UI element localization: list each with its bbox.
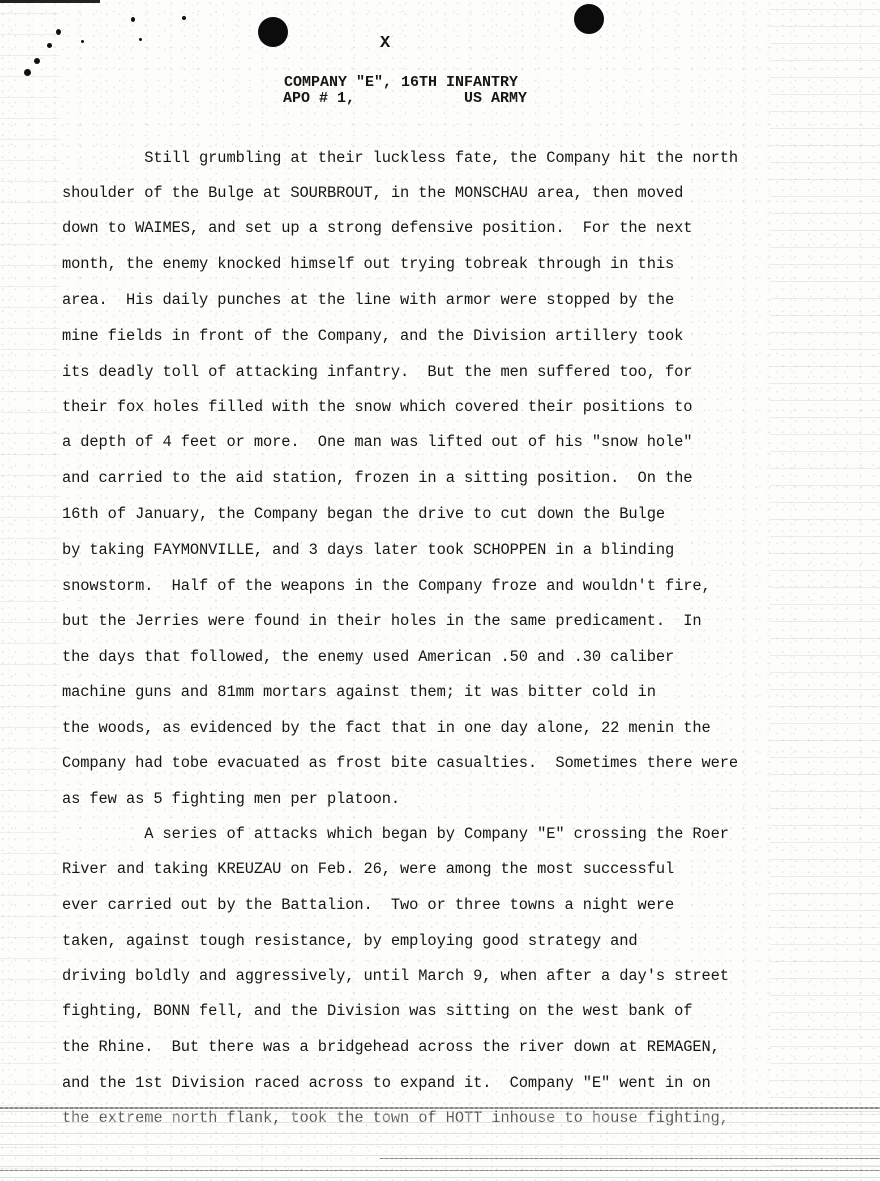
text-line: down to WAIMES, and set up a strong defe… bbox=[62, 218, 692, 238]
text-line: snowstorm. Half of the weapons in the Co… bbox=[62, 576, 711, 596]
text-line: the Rhine. But there was a bridgehead ac… bbox=[62, 1037, 720, 1057]
ink-spot bbox=[131, 17, 135, 22]
text-line: area. His daily punches at the line with… bbox=[62, 290, 674, 310]
text-line: shoulder of the Bulge at SOURBROUT, in t… bbox=[62, 183, 683, 203]
text-line: taken, against tough resistance, by empl… bbox=[62, 931, 638, 951]
ink-spot bbox=[139, 38, 142, 41]
text-line: fighting, BONN fell, and the Division wa… bbox=[62, 1001, 692, 1021]
text-line: their fox holes filled with the snow whi… bbox=[62, 397, 692, 417]
ink-spot bbox=[81, 40, 84, 43]
ink-spot bbox=[34, 58, 40, 64]
text-line: but the Jerries were found in their hole… bbox=[62, 611, 702, 631]
text-line: and carried to the aid station, frozen i… bbox=[62, 468, 692, 488]
text-line: A series of attacks which began by Compa… bbox=[62, 824, 729, 844]
scan-noise-left bbox=[0, 0, 60, 1181]
text-line: by taking FAYMONVILLE, and 3 days later … bbox=[62, 540, 674, 560]
scan-edge-mark bbox=[0, 0, 100, 3]
header-company: COMPANY "E", 16TH INFANTRY bbox=[284, 74, 518, 91]
header-apo: APO # 1, bbox=[283, 90, 355, 107]
text-line: as few as 5 fighting men per platoon. bbox=[62, 789, 400, 809]
punch-hole-left bbox=[258, 17, 288, 47]
scan-noise-right bbox=[770, 0, 880, 1181]
text-line: driving boldly and aggressively, until M… bbox=[62, 966, 729, 986]
ink-spot bbox=[56, 29, 61, 35]
text-line: and the 1st Division raced across to exp… bbox=[62, 1073, 711, 1093]
text-line: machine guns and 81mm mortars against th… bbox=[62, 682, 656, 702]
text-line: month, the enemy knocked himself out try… bbox=[62, 254, 674, 274]
document-page: X COMPANY "E", 16TH INFANTRY APO # 1, US… bbox=[0, 0, 880, 1181]
text-line: a depth of 4 feet or more. One man was l… bbox=[62, 432, 692, 452]
punch-hole-right bbox=[574, 4, 604, 34]
ink-spot bbox=[182, 16, 186, 20]
text-line: mine fields in front of the Company, and… bbox=[62, 326, 683, 346]
text-line: Still grumbling at their luckless fate, … bbox=[62, 148, 738, 168]
scan-noise-bottom bbox=[0, 1105, 880, 1181]
text-line: Company had tobe evacuated as frost bite… bbox=[62, 753, 738, 773]
text-line: its deadly toll of attacking infantry. B… bbox=[62, 362, 692, 382]
text-line: the days that followed, the enemy used A… bbox=[62, 647, 674, 667]
ink-spot bbox=[47, 43, 52, 48]
text-line: ever carried out by the Battalion. Two o… bbox=[62, 895, 674, 915]
text-line: 16th of January, the Company began the d… bbox=[62, 504, 665, 524]
page-number: X bbox=[380, 34, 390, 53]
ink-spot bbox=[24, 69, 31, 76]
header-army: US ARMY bbox=[464, 90, 527, 107]
text-line: River and taking KREUZAU on Feb. 26, wer… bbox=[62, 859, 674, 879]
text-line: the woods, as evidenced by the fact that… bbox=[62, 718, 711, 738]
